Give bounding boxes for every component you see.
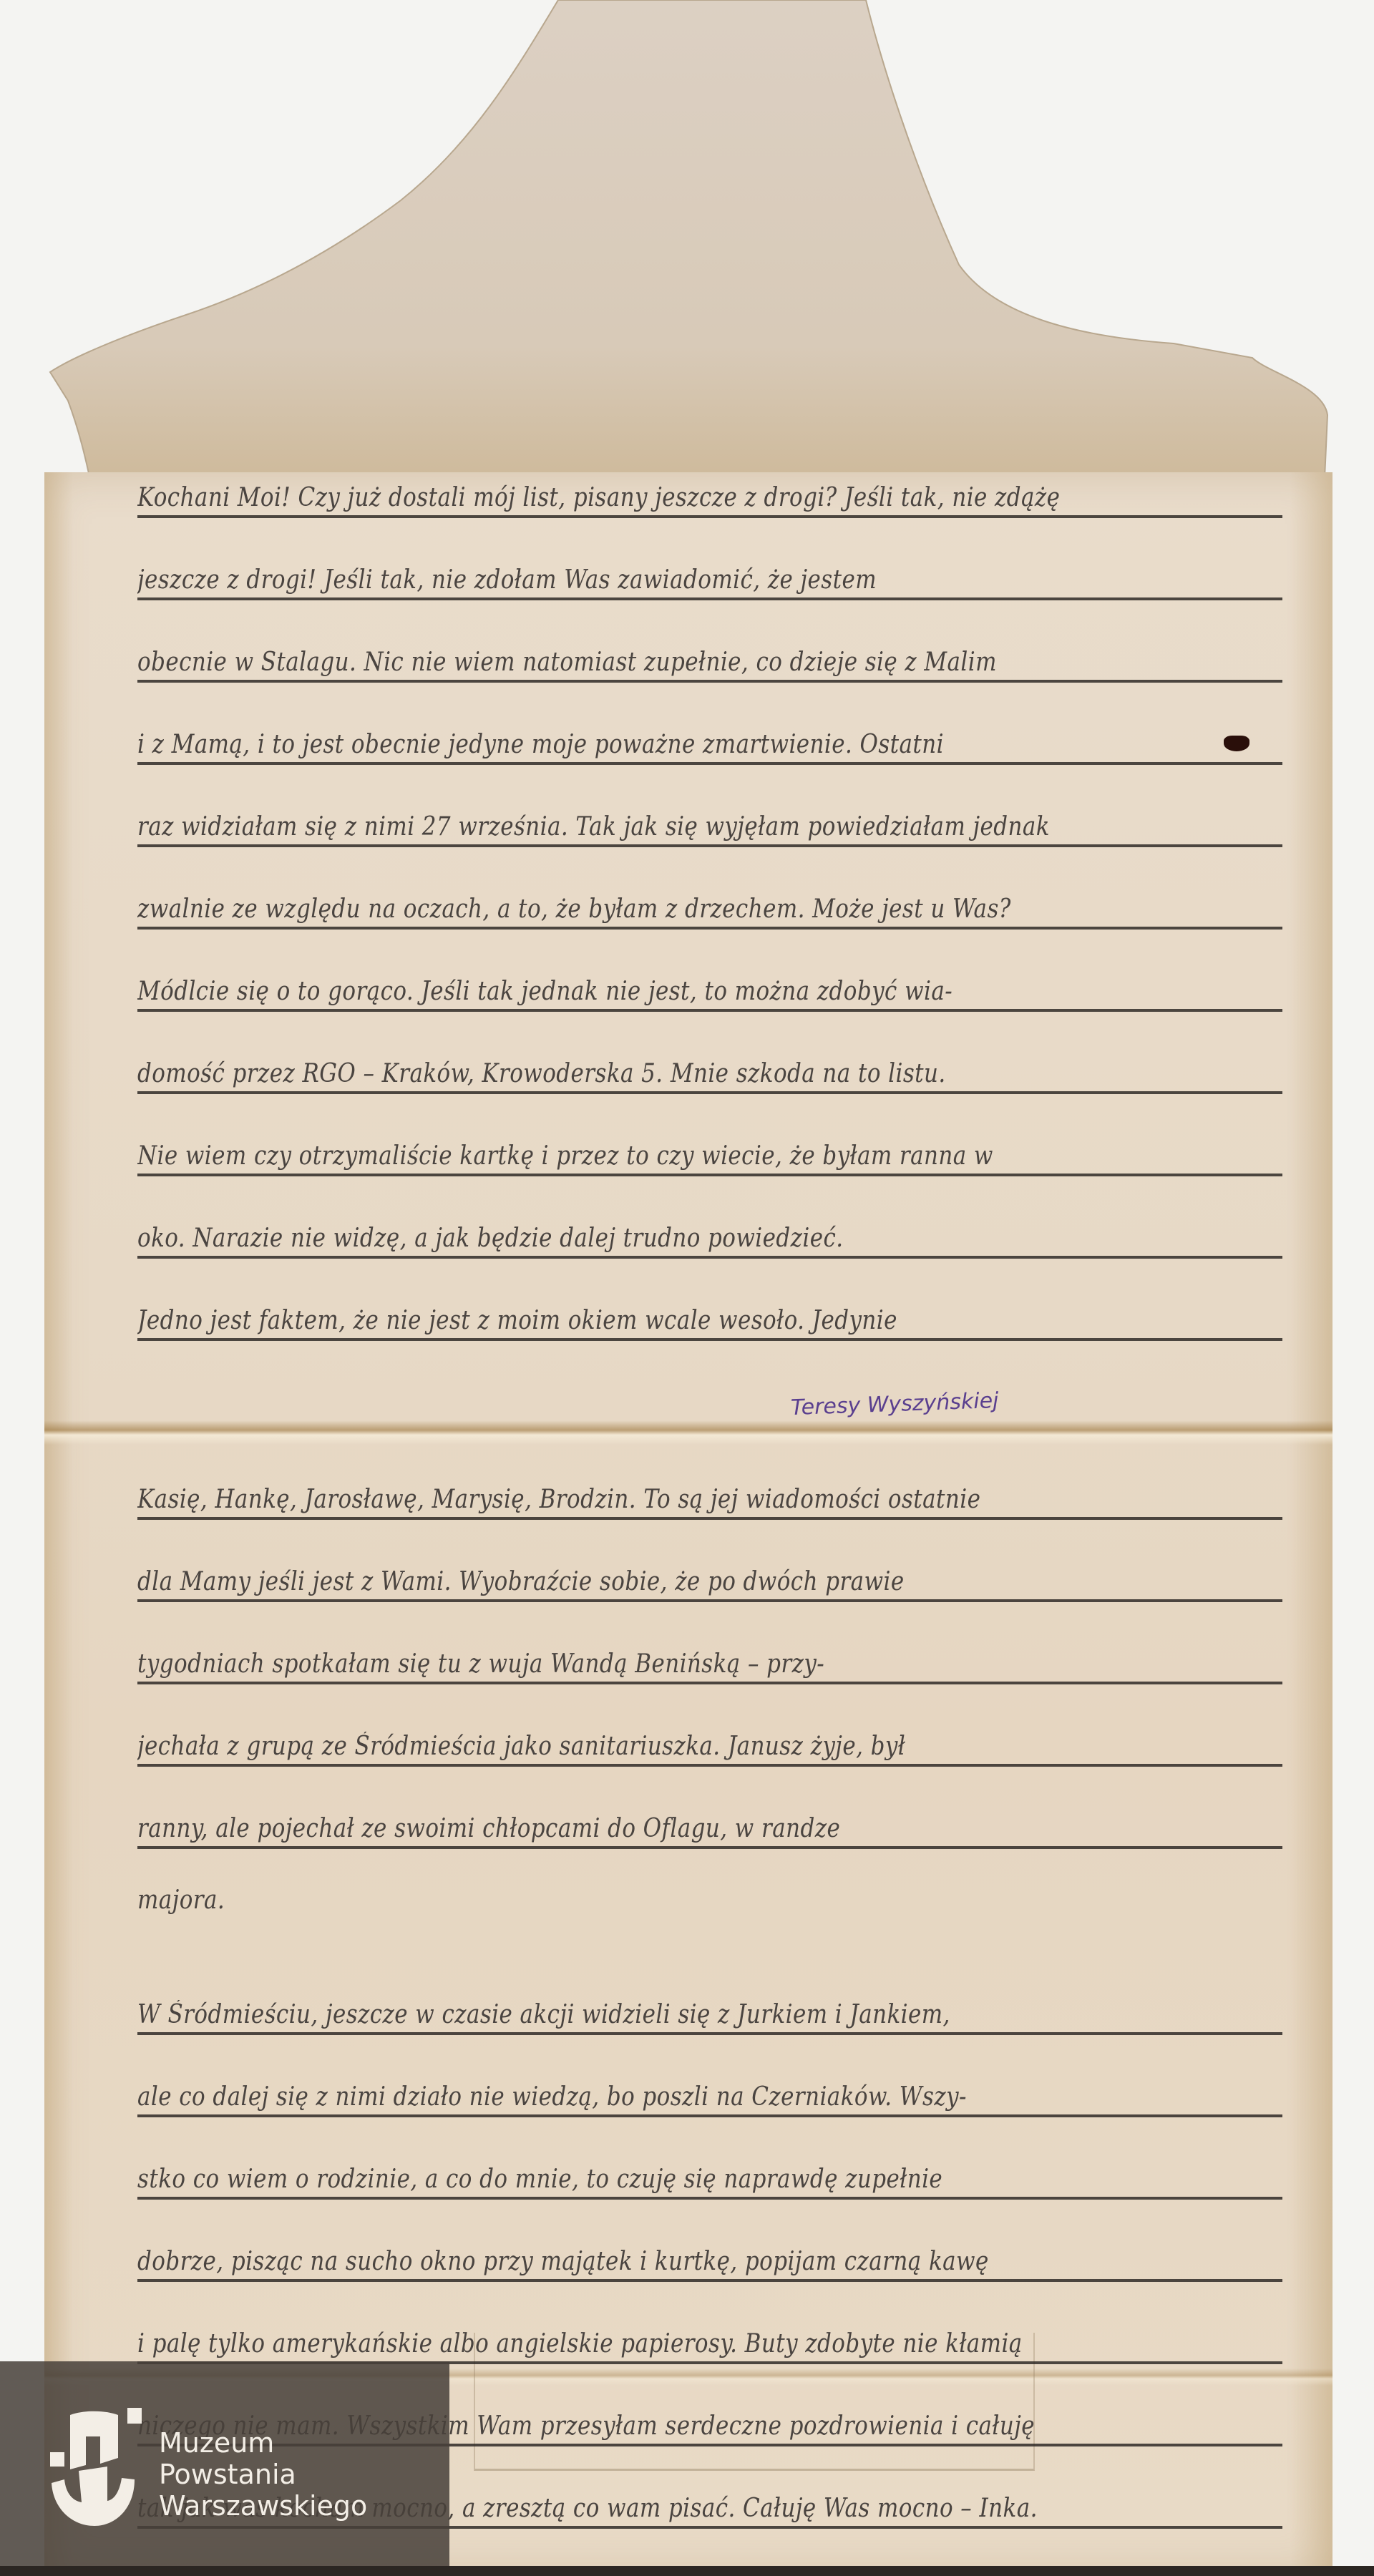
letter-line: Módlcie się o to gorąco. Jeśli tak jedna… — [137, 966, 1282, 1016]
letter-line-text: domość przez RGO – Kraków, Krowoderska 5… — [137, 1059, 1122, 1088]
line-underline — [137, 927, 1282, 930]
line-underline — [137, 1599, 1282, 1602]
letter-line: jeszcze z drogi! Jeśli tak, nie zdołam W… — [137, 555, 1282, 605]
line-underline — [137, 1091, 1282, 1094]
letter-line: Nie wiem czy otrzymaliście kartkę i prze… — [137, 1131, 1282, 1181]
letter-line-text: Módlcie się o to gorąco. Jeśli tak jedna… — [137, 977, 1122, 1006]
kotwica-anchor-icon — [50, 2408, 143, 2529]
letter-line: Kasię, Hankę, Jarosławę, Marysię, Brodzi… — [137, 1474, 1282, 1524]
sheet-edge — [1290, 472, 1332, 2576]
line-underline — [137, 1846, 1282, 1849]
letter-line: obecnie w Stalagu. Nic nie wiem natomias… — [137, 637, 1282, 687]
letter-line-text: obecnie w Stalagu. Nic nie wiem natomias… — [137, 648, 1122, 677]
museum-name-line: Powstania — [159, 2459, 367, 2490]
letter-line-text: Kochani Moi! Czy już dostali mój list, p… — [137, 483, 1122, 512]
museum-name-line: Muzeum — [159, 2427, 367, 2459]
scan-bottom-edge — [0, 2566, 1374, 2576]
letter-line: Kochani Moi! Czy już dostali mój list, p… — [137, 472, 1282, 522]
letter-line-text: Jedno jest faktem, że nie jest z moim ok… — [137, 1306, 1122, 1335]
letter-line: i z Mamą, i to jest obecnie jedyne moje … — [137, 719, 1282, 769]
letter-line-text: zwalnie ze względu na oczach, a to, że b… — [137, 894, 1122, 924]
line-underline — [137, 2197, 1282, 2200]
line-underline — [137, 1682, 1282, 1684]
letter-line-text: ranny, ale pojechał ze swoimi chłopcami … — [137, 1814, 1122, 1843]
letter-line-text: W Śródmieściu, jeszcze w czasie akcji wi… — [137, 2000, 1122, 2029]
letter-line-text: ale co dalej się z nimi działo nie wiedz… — [137, 2082, 1122, 2112]
letter-line: Jedno jest faktem, że nie jest z moim ok… — [137, 1295, 1282, 1345]
letter-line: zwalnie ze względu na oczach, a to, że b… — [137, 884, 1282, 934]
line-underline — [137, 515, 1282, 518]
line-underline — [137, 2114, 1282, 2117]
letter-line-text: Nie wiem czy otrzymaliście kartkę i prze… — [137, 1141, 1122, 1171]
letter-line: W Śródmieściu, jeszcze w czasie akcji wi… — [137, 1989, 1282, 2039]
envelope-flap-shape — [0, 0, 1374, 501]
museum-name-line: Warszawskiego — [159, 2490, 367, 2522]
line-underline — [137, 1009, 1282, 1012]
letter-line: ranny, ale pojechał ze swoimi chłopcami … — [137, 1803, 1282, 1853]
letter-line-text: i palę tylko amerykańskie albo angielski… — [137, 2329, 1122, 2358]
letter-line-text: dla Mamy jeśli jest z Wami. Wyobraźcie s… — [137, 1567, 1122, 1596]
line-underline — [137, 1764, 1282, 1767]
line-underline — [137, 2279, 1282, 2282]
letter-line-text: stko co wiem o rodzinie, a co do mnie, t… — [137, 2165, 1122, 2194]
letter-line: oko. Narazie nie widzę, a jak będzie dal… — [137, 1213, 1282, 1263]
line-underline — [137, 680, 1282, 683]
ink-blot — [1224, 736, 1249, 751]
museum-logo: Muzeum Powstania Warszawskiego — [0, 2361, 449, 2576]
line-underline — [137, 1338, 1282, 1341]
letter-line-text: Kasię, Hankę, Jarosławę, Marysię, Brodzi… — [137, 1485, 1122, 1514]
letter-line: dla Mamy jeśli jest z Wami. Wyobraźcie s… — [137, 1556, 1282, 1606]
line-underline — [137, 597, 1282, 600]
line-underline — [137, 844, 1282, 847]
sheet-edge — [44, 472, 73, 2576]
museum-name: Muzeum Powstania Warszawskiego — [159, 2427, 367, 2522]
line-underline — [137, 1174, 1282, 1176]
letter-line: tygodniach spotkałam się tu z wuja Wandą… — [137, 1639, 1282, 1689]
letter-line: majora. — [137, 1875, 281, 1925]
letter-line-text: jeszcze z drogi! Jeśli tak, nie zdołam W… — [137, 565, 1122, 595]
letter-line-text: i z Mamą, i to jest obecnie jedyne moje … — [137, 730, 1122, 759]
letter-line-text: majora. — [137, 1885, 260, 1915]
letter-line: jechała z grupą ze Śródmieścia jako sani… — [137, 1721, 1282, 1771]
line-underline — [137, 1517, 1282, 1520]
letter-line-text: oko. Narazie nie widzę, a jak będzie dal… — [137, 1224, 1122, 1253]
letter-line: domość przez RGO – Kraków, Krowoderska 5… — [137, 1048, 1282, 1098]
letter-line-text: jechała z grupą ze Śródmieścia jako sani… — [137, 1732, 1122, 1761]
letter-line-text: raz widziałam się z nimi 27 września. Ta… — [137, 812, 1122, 841]
line-underline — [137, 2032, 1282, 2035]
letter-line: dobrze, pisząc na sucho okno przy mająte… — [137, 2236, 1282, 2286]
letter-sheet: Kochani Moi! Czy już dostali mój list, p… — [44, 472, 1332, 2576]
paper-fold — [44, 1420, 1332, 1445]
letter-line: ale co dalej się z nimi działo nie wiedz… — [137, 2072, 1282, 2122]
letter-line-text: dobrze, pisząc na sucho okno przy mająte… — [137, 2247, 1122, 2276]
letter-line: stko co wiem o rodzinie, a co do mnie, t… — [137, 2154, 1282, 2204]
letter-line: raz widziałam się z nimi 27 września. Ta… — [137, 801, 1282, 852]
letter-line-text: tygodniach spotkałam się tu z wuja Wandą… — [137, 1649, 1122, 1679]
line-underline — [137, 762, 1282, 765]
envelope-flap — [0, 0, 1374, 501]
line-underline — [137, 1256, 1282, 1259]
